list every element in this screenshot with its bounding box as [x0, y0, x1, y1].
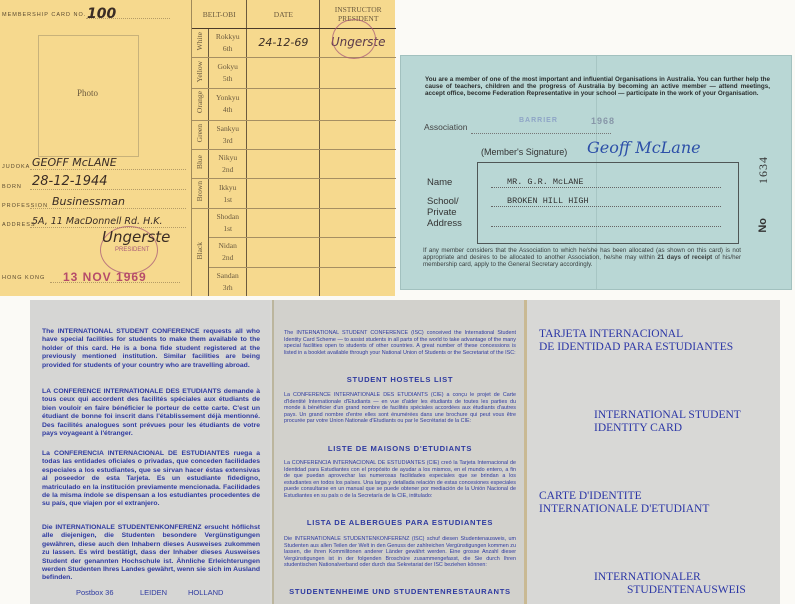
card-serial-number: 1634	[756, 156, 771, 184]
president-signature: Ungerste	[102, 228, 170, 246]
table-row: Sandan3rh	[192, 267, 396, 296]
judo-membership-card: MEMBERSHIP CARD NO. 100 Photo JUDOKA GEO…	[0, 0, 395, 296]
intro-text: You are a member of one of the most impo…	[425, 76, 770, 98]
cover-title-spanish: TARJETA INTERNACIONAL DE IDENTIDAD PARA …	[539, 328, 733, 354]
grade-rank: 5th	[223, 74, 233, 83]
cover-title-english: INTERNATIONAL STUDENT IDENTITY CARD	[594, 409, 741, 435]
table-row: Yellow Gokyu5th	[192, 58, 396, 89]
association-year: 1968	[591, 116, 615, 126]
grade-date	[247, 58, 320, 89]
scheme-french: La CONFERENCE INTERNATIONALE DES ETUDIAN…	[284, 392, 516, 425]
cover-title-german: INTERNATIONALER STUDENTENAUSWEIS	[594, 571, 746, 597]
photo-label: Photo	[38, 88, 137, 98]
grade-date: 24-12-69	[247, 29, 320, 58]
grade-name: Shodan	[216, 212, 239, 221]
instructor-stamp	[332, 19, 376, 59]
grade-date	[247, 120, 320, 149]
header-date: DATE	[247, 0, 320, 29]
name-label: Name	[427, 177, 452, 188]
scheme-german: Die INTERNATIONALE STUDENTENKONFERENZ (I…	[284, 536, 516, 569]
cover-title-french: CARTE D'IDENTITE INTERNATIONALE D'ETUDIA…	[539, 490, 709, 516]
grade-date	[247, 179, 320, 209]
isc-panel-scheme: The INTERNATIONAL STUDENT CONFERENCE (IS…	[272, 300, 524, 604]
isc-cover: TARJETA INTERNACIONAL DE IDENTIDAD PARA …	[524, 300, 780, 604]
scheme-spanish: La CONFERENCIA INTERNACIONAL DE ESTUDIAN…	[284, 460, 516, 499]
grade-name: Gokyu	[217, 62, 237, 71]
grade-name: Sankyu	[216, 124, 239, 133]
scheme-english: The INTERNATIONAL STUDENT CONFERENCE (IS…	[284, 330, 516, 356]
grade-name: Nidan	[219, 241, 237, 250]
international-student-identity-card: The INTERNATIONAL STUDENT CONFERENCE req…	[30, 300, 777, 604]
grade-rank: 2nd	[222, 253, 233, 262]
belt-color: Green	[194, 124, 206, 142]
judoka-name: GEOFF McLANE	[32, 156, 117, 169]
grade-name: Ikkyu	[219, 183, 237, 192]
instructor-cell	[320, 238, 396, 267]
hostels-title-en: STUDENT HOSTELS LIST	[284, 375, 516, 384]
hostels-title-de: STUDENTENHEIME UND STUDENTENRESTAURANTS	[284, 587, 516, 596]
address: 5A, 11 MacDonnell Rd. H.K.	[32, 216, 163, 227]
instructor-cell	[320, 149, 396, 178]
member-signature: Geoff McLane	[587, 138, 701, 157]
table-row: Brown Ikkyu1st	[192, 179, 396, 209]
belt-color: Brown	[194, 181, 206, 201]
school-label: School/ Private Address	[427, 196, 477, 229]
country: HOLLAND	[188, 588, 223, 597]
field-label: BORN	[2, 184, 22, 190]
request-german: Die INTERNATIONALE STUDENTENKONFERENZ er…	[42, 524, 260, 583]
field-judoka: JUDOKA GEOFF McLANE	[0, 155, 190, 173]
instructor-cell	[320, 267, 396, 296]
grade-rank: 3rh	[223, 283, 233, 292]
field-born: BORN 28-12-1944	[0, 175, 190, 193]
grade-rank: 2nd	[222, 165, 233, 174]
table-row: Nidan2nd	[192, 238, 396, 267]
place-label: HONG KONG	[2, 275, 45, 281]
number-label: No	[757, 218, 769, 233]
issue-date-stamp: 13 NOV 1969	[63, 270, 147, 284]
allocation-footnote: If any member considers that the Associa…	[423, 247, 741, 269]
birth-date: 28-12-1944	[32, 174, 108, 189]
request-french: LA CONFERENCE INTERNATIONALE DES ETUDIAN…	[42, 388, 260, 438]
grade-date	[247, 149, 320, 178]
instructor-cell	[320, 58, 396, 89]
instructor-cell	[320, 179, 396, 209]
field-profession: PROFESSION Businessman	[0, 194, 190, 212]
grade-name: Nikyu	[218, 153, 237, 162]
belt-grade-table-panel: BELT-OBI DATE INSTRUCTOR PRESIDENT White…	[191, 0, 396, 296]
stamp-text: PRESIDENT	[115, 247, 149, 253]
membership-card-label: MEMBERSHIP CARD NO.	[2, 12, 86, 18]
table-row: White Rokkyu6th 24-12-69 Ungerste	[192, 29, 396, 58]
table-row: Black Shodan1st	[192, 209, 396, 238]
profession: Businessman	[52, 195, 125, 208]
grade-date	[247, 209, 320, 238]
grade-name: Yonkyu	[216, 93, 239, 102]
association-label: Association	[424, 122, 467, 132]
city: LEIDEN	[140, 588, 167, 597]
member-name: MR. G.R. McLANE	[507, 177, 584, 187]
teachers-federation-member-card: You are a member of one of the most impo…	[400, 55, 792, 290]
grade-date	[247, 267, 320, 296]
grade-rank: 1st	[223, 195, 232, 204]
grade-rank: 6th	[223, 44, 233, 53]
membership-number: 100	[87, 6, 116, 22]
hostels-title-fr: LISTE DE MAISONS D'ETUDIANTS	[284, 444, 516, 453]
belt-color: Blue	[194, 155, 206, 169]
belt-color: Yellow	[194, 61, 206, 82]
grade-date	[247, 238, 320, 267]
belt-grade-table: BELT-OBI DATE INSTRUCTOR PRESIDENT White…	[192, 0, 396, 296]
grade-name: Sandan	[217, 271, 239, 280]
grade-date	[247, 89, 320, 121]
postbox: Postbox 36	[76, 588, 114, 597]
instructor-cell	[320, 120, 396, 149]
grade-rank: 4th	[223, 105, 233, 114]
table-row: Orange Yonkyu4th	[192, 89, 396, 121]
grade-rank: 1st	[223, 224, 232, 233]
instructor-cell	[320, 89, 396, 121]
school-name: BROKEN HILL HIGH	[507, 196, 589, 206]
judo-card-front: MEMBERSHIP CARD NO. 100 Photo JUDOKA GEO…	[0, 0, 190, 296]
instructor-cell	[320, 209, 396, 238]
isc-panel-requests: The INTERNATIONAL STUDENT CONFERENCE req…	[30, 300, 270, 604]
table-row: Green Sankyu3rd	[192, 120, 396, 149]
table-row: Blue Nikyu2nd	[192, 149, 396, 178]
header-belt: BELT-OBI	[192, 0, 247, 29]
grade-rank: 3rd	[223, 136, 233, 145]
hostels-title-es: LISTA DE ALBERGUES PARA ESTUDIANTES	[284, 518, 516, 527]
association-stamp: BARRIER	[519, 117, 558, 124]
grade-name: Rokkyu	[216, 32, 240, 41]
signature-label: (Member's Signature)	[481, 147, 567, 157]
field-label: JUDOKA	[2, 164, 30, 170]
belt-color: Orange	[194, 91, 206, 113]
belt-color: Black	[194, 242, 206, 260]
request-spanish: La CONFERENCIA INTERNACIONAL DE ESTUDIAN…	[42, 450, 260, 509]
belt-color: White	[194, 32, 206, 50]
request-english: The INTERNATIONAL STUDENT CONFERENCE req…	[42, 328, 260, 370]
